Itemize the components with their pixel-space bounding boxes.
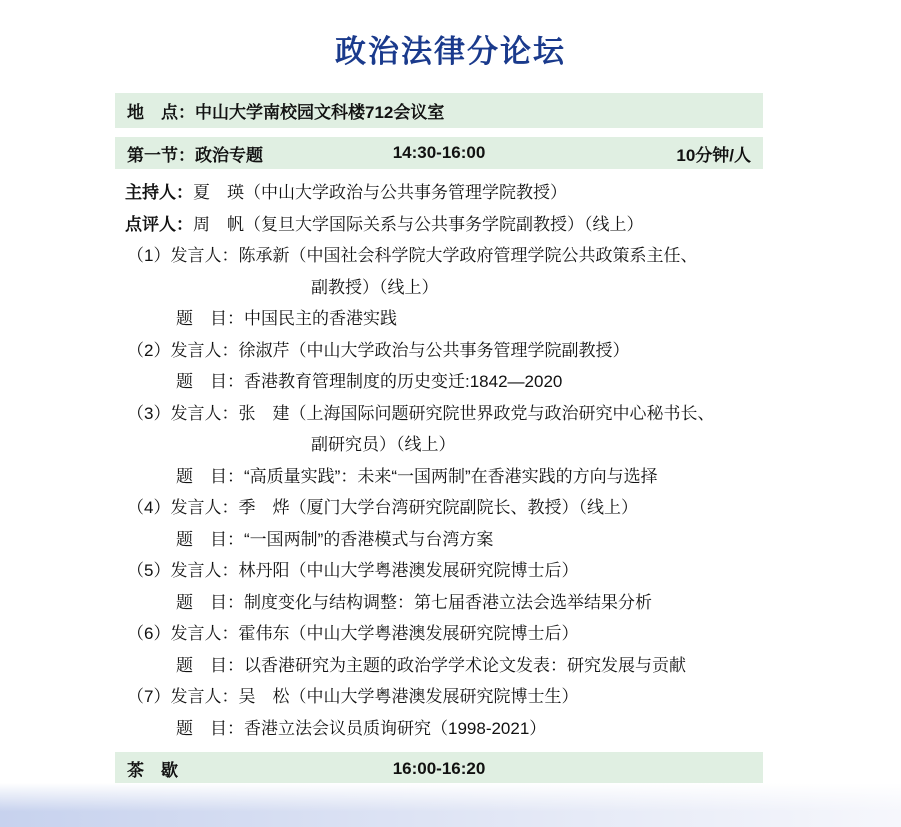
- session-row: 第一节：政治专题 14:30-16:00 10分钟/人: [115, 137, 763, 169]
- forum-title: 政治法律分论坛: [0, 26, 901, 71]
- session-title: 第一节：政治专题: [127, 141, 393, 166]
- program-line-topic-1: 题 目：中国民主的香港实践: [115, 303, 795, 335]
- session-time: 14:30-16:00: [393, 143, 486, 163]
- location-row: 地 点：中山大学南校园文科楼712会议室: [115, 93, 763, 128]
- program-line-topic-4: 题 目：“一国两制”的香港模式与台湾方案: [115, 524, 795, 556]
- page-bottom-gradient: [0, 783, 901, 827]
- program-line-topic-7: 题 目：香港立法会议员质询研究（1998-2021）: [115, 713, 795, 745]
- tea-break-time: 16:00-16:20: [393, 759, 486, 779]
- location-text: 地 点：中山大学南校园文科楼712会议室: [127, 98, 751, 123]
- program-line-speaker-6: （6）发言人：霍伟东（中山大学粤港澳发展研究院博士后）: [115, 618, 795, 650]
- program-line-speaker-1: （1）发言人：陈承新（中国社会科学院大学政府管理学院公共政策系主任、: [115, 240, 795, 272]
- program-line-topic-5: 题 目：制度变化与结构调整：第七届香港立法会选举结果分析: [115, 587, 795, 619]
- program-line-topic-3: 题 目：“高质量实践”：未来“一国两制”在香港实践的方向与选择: [115, 461, 795, 493]
- program-line-topic-2: 题 目：香港教育管理制度的历史变迁:1842—2020: [115, 366, 795, 398]
- program-line-topic-6: 题 目：以香港研究为主题的政治学学术论文发表：研究发展与贡献: [115, 650, 795, 682]
- program-line-speaker-5: （5）发言人：林丹阳（中山大学粤港澳发展研究院博士后）: [115, 555, 795, 587]
- program-line-speaker-1-cont: 副教授）（线上）: [115, 272, 795, 304]
- program-line-speaker-4: （4）发言人：季 烨（厦门大学台湾研究院副院长、教授）（线上）: [115, 492, 795, 524]
- program-line-host: 主持人：夏 瑛（中山大学政治与公共事务管理学院教授）: [115, 177, 795, 209]
- tea-break-row: 茶 歇 16:00-16:20: [115, 752, 763, 785]
- location-value: 中山大学南校园文科楼712会议室: [195, 103, 444, 122]
- session-duration: 10分钟/人: [485, 141, 751, 166]
- tea-break-label: 茶 歇: [127, 756, 393, 781]
- program-line-speaker-2: （2）发言人：徐淑芹（中山大学政治与公共事务管理学院副教授）: [115, 335, 795, 367]
- location-label: 地 点：: [127, 103, 195, 122]
- reviewer-label: 点评人：: [125, 215, 193, 234]
- reviewer-text: 周 帆（复旦大学国际关系与公共事务学院副教授）（线上）: [193, 215, 644, 234]
- program-line-reviewer: 点评人：周 帆（复旦大学国际关系与公共事务学院副教授）（线上）: [115, 209, 795, 241]
- host-text: 夏 瑛（中山大学政治与公共事务管理学院教授）: [193, 183, 567, 202]
- program-line-speaker-3-cont: 副研究员）（线上）: [115, 429, 795, 461]
- host-label: 主持人：: [125, 183, 193, 202]
- program-line-speaker-3: （3）发言人：张 建（上海国际问题研究院世界政党与政治研究中心秘书长、: [115, 398, 795, 430]
- program-body: 主持人：夏 瑛（中山大学政治与公共事务管理学院教授） 点评人：周 帆（复旦大学国…: [115, 177, 795, 744]
- program-line-speaker-7: （7）发言人：吴 松（中山大学粤港澳发展研究院博士生）: [115, 681, 795, 713]
- session-name: 政治专题: [195, 146, 263, 165]
- session-label: 第一节：: [127, 146, 195, 165]
